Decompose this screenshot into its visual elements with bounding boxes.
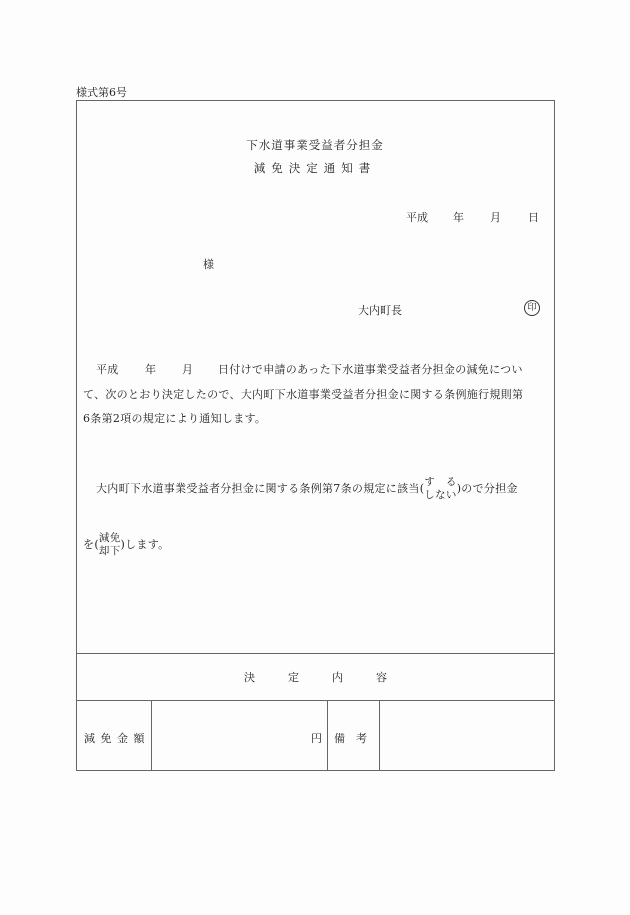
date-day-label: 日 [528, 209, 539, 225]
date-era: 平成 [406, 209, 428, 225]
choice-shinai: しない [424, 489, 456, 502]
para1-year: 年 [145, 361, 156, 377]
para1-line1: 日付けで申請のあった下水道事業受益者分担金の減免につい [218, 361, 523, 377]
issuer-name: 大内町長 [358, 302, 402, 318]
para3: を(減免却下)します。 [83, 532, 169, 558]
date-month-label: 月 [490, 209, 501, 225]
form-number: 様式第6号 [76, 84, 127, 100]
para2: 大内町下水道事業受益者分担金に関する条例第7条の規定に該当(す るしない)ので分… [96, 476, 518, 502]
table-top-border [76, 653, 555, 654]
document-title-line1: 下水道事業受益者分担金 [0, 137, 630, 153]
para1-era: 平成 [96, 361, 119, 377]
col-divider-1 [151, 700, 152, 771]
col-divider-3 [379, 700, 380, 771]
para2-choice: す るしない [424, 476, 456, 502]
para1-line3: 6条第2項の規定により通知します。 [83, 410, 266, 426]
remarks-label: 備 考 [334, 730, 367, 746]
para3-suffix: します。 [125, 538, 169, 551]
seal-icon: 印 [524, 300, 540, 316]
para2-suffix: ので分担金 [461, 482, 518, 495]
col-divider-2 [327, 700, 328, 771]
para3-prefix: を [83, 538, 94, 551]
amount-label: 減 免 金 額 [84, 730, 146, 746]
addressee-suffix: 様 [203, 256, 214, 272]
table-header-divider [76, 700, 555, 701]
para2-prefix: 大内町下水道事業受益者分担金に関する条例第7条の規定に該当 [96, 482, 420, 495]
choice-kyakka: 却下 [99, 545, 121, 558]
amount-unit: 円 [311, 730, 322, 746]
para1-line2: て、次のとおり決定したので、大内町下水道事業受益者分担金に関する条例施行規則第 [83, 386, 523, 402]
table-header: 決 定 内 容 [76, 669, 555, 685]
para3-choice: 減免却下 [99, 532, 121, 558]
para1-month: 月 [182, 361, 193, 377]
choice-genmen: 減免 [99, 532, 121, 545]
choice-suru: す る [424, 476, 456, 489]
document-title-line2: 減免決定通知書 [0, 160, 630, 176]
date-year-label: 年 [453, 209, 464, 225]
